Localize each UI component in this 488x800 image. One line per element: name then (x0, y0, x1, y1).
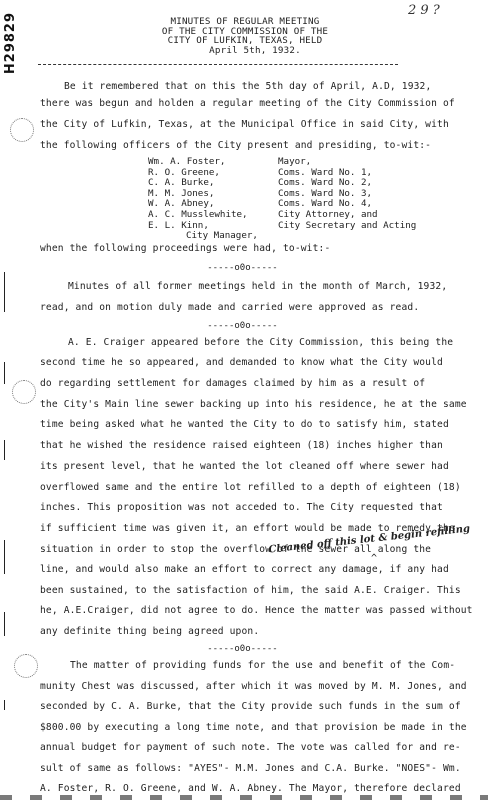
craiger-line: inches. This proposition was not acceded… (40, 502, 443, 513)
side-record-number: H29829 (3, 12, 17, 74)
craiger-line: A. E. Craiger appeared before the City C… (68, 337, 453, 348)
officer-title: City Secretary and Acting (278, 221, 416, 232)
section-separator: -----o0o----- (205, 263, 280, 273)
chest-line: munity Chest was discussed, after which … (40, 681, 467, 692)
officer-title: City Attorney, and (278, 210, 378, 221)
intro-line: the City of Lufkin, Texas, at the Munici… (40, 119, 449, 130)
craiger-line: the City's Main line sewer backing up in… (40, 399, 467, 410)
craiger-line: second time he so appeared, and demanded… (40, 357, 443, 368)
craiger-line: do regarding settlement for damages clai… (40, 378, 425, 389)
section-separator: -----o0o----- (205, 644, 280, 654)
officers-list: Wm. A. Foster, Mayor, R. O. Greene, Coms… (148, 157, 416, 242)
chest-line: The matter of providing funds for the us… (70, 660, 455, 671)
intro-line: there was begun and holden a regular mee… (40, 98, 455, 109)
intro-line: the following officers of the City prese… (40, 140, 431, 151)
minutes-line: read, and on motion duly made and carrie… (40, 302, 419, 313)
title-divider (38, 64, 398, 65)
craiger-line: any definite thing being agreed upon. (40, 626, 259, 637)
section-separator: -----o0o----- (205, 321, 280, 331)
officer-row: A. C. Musslewhite, City Attorney, and (148, 210, 416, 221)
craiger-line: line, and would also make an effort to c… (40, 564, 449, 575)
craiger-line: overflowed same and the entire lot refil… (40, 482, 461, 493)
officer-title: Mayor, (278, 157, 311, 168)
insertion-caret-icon: ^ (371, 553, 377, 564)
chest-line: annual budget for payment of such note. … (40, 742, 461, 753)
document-page: H29829 2 9 ? MINUTES OF REGULAR MEETING … (0, 0, 488, 800)
scan-margin-mark (4, 440, 5, 460)
punch-hole-mark (14, 654, 38, 678)
scan-margin-mark (4, 540, 5, 574)
scan-margin-mark (4, 272, 5, 312)
officer-extra-title: City Manager, (148, 231, 258, 242)
scan-margin-mark (4, 612, 5, 636)
craiger-line: been sustained, to the satisfaction of h… (40, 585, 461, 596)
title-date: April 5th, 1932. (150, 46, 340, 56)
intro-line: Be it remembered that on this the 5th da… (64, 81, 431, 92)
craiger-line: that he wished the residence raised eigh… (40, 440, 443, 451)
punch-hole-mark (10, 118, 34, 142)
handwritten-page-number: 2 9 ? (408, 3, 440, 18)
officer-row: Wm. A. Foster, Mayor, (148, 157, 416, 168)
scan-margin-mark (4, 700, 5, 710)
chest-line: seconded by C. A. Burke, that the City p… (40, 701, 461, 712)
officer-row: City Manager, (148, 231, 416, 242)
officer-name: Wm. A. Foster, (148, 157, 278, 168)
chest-line: sult of same as follows: "AYES"- M.M. Jo… (40, 763, 461, 774)
scan-edge-artifact (0, 795, 488, 800)
proceedings-line: when the following proceedings were had,… (40, 243, 330, 254)
craiger-line: its present level, that he wanted the lo… (40, 461, 449, 472)
craiger-line: he, A.E.Craiger, did not agree to do. He… (40, 605, 473, 616)
officer-name: A. C. Musslewhite, (148, 210, 278, 221)
chest-line: A. Foster, R. O. Greene, and W. A. Abney… (40, 783, 461, 794)
minutes-line: Minutes of all former meetings held in t… (68, 281, 447, 292)
scan-margin-mark (4, 362, 5, 384)
craiger-line: time being asked what he wanted the City… (40, 419, 449, 430)
punch-hole-mark (12, 380, 36, 404)
document-title: MINUTES OF REGULAR MEETING OF THE CITY C… (150, 17, 340, 55)
chest-line: $800.00 by executing a long time note, a… (40, 722, 467, 733)
